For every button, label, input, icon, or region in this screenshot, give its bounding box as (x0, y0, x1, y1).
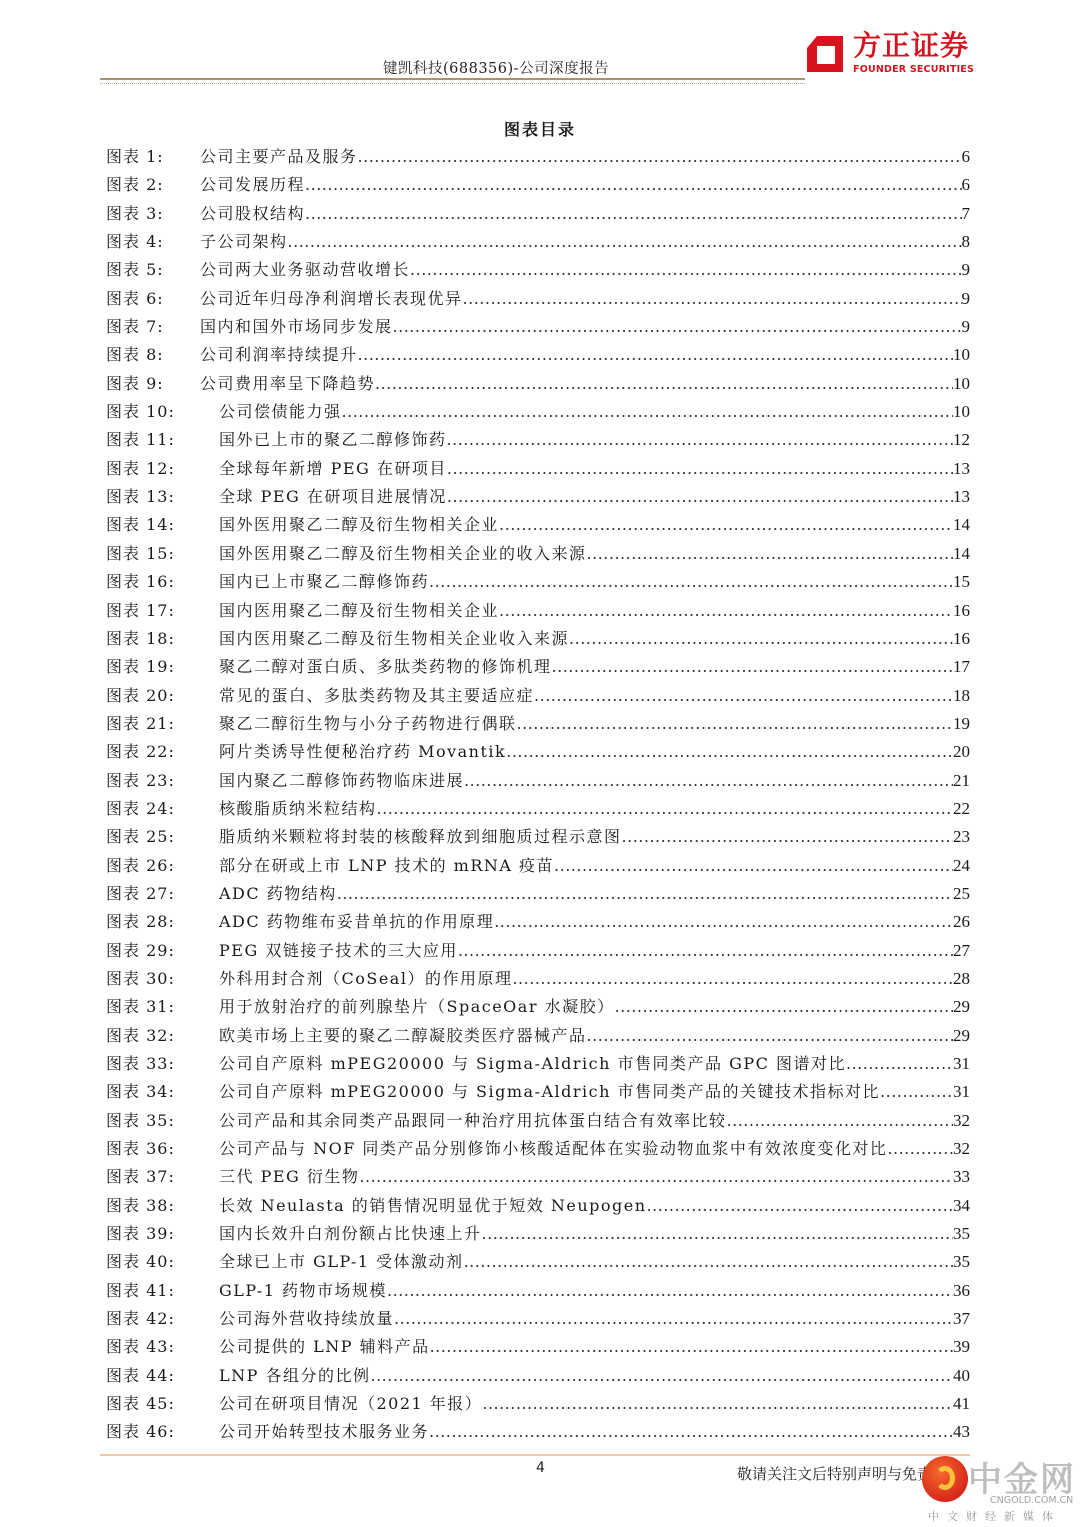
toc-page-number: 39 (953, 1333, 970, 1361)
toc-figure-title: 公司主要产品及服务 (200, 143, 358, 171)
toc-entry-link[interactable]: 国内已上市聚乙二醇修饰药15 (219, 568, 970, 596)
toc-entry-link[interactable]: 国内长效升白剂份额占比快速上升35 (219, 1220, 970, 1248)
toc-dot-leader (499, 597, 953, 625)
toc-entry-link[interactable]: ADC 药物维布妥昔单抗的作用原理26 (219, 908, 970, 936)
toc-entry-row[interactable]: 图表 6:公司近年归母净利润增长表现优异9 (106, 285, 970, 313)
toc-figure-label: 图表 20: (106, 682, 175, 710)
toc-entry-row[interactable]: 图表 32:欧美市场上主要的聚乙二醇凝胶类医疗器械产品29 (106, 1022, 970, 1050)
toc-dot-leader (494, 908, 953, 936)
toc-dot-leader (288, 228, 962, 256)
watermark-name: 中金网 (968, 1452, 1076, 1501)
toc-dot-leader (429, 1418, 953, 1446)
toc-dot-leader (375, 370, 953, 398)
toc-dot-leader (447, 426, 953, 454)
toc-title: 图表目录 (0, 117, 1080, 140)
toc-dot-leader (887, 1135, 953, 1163)
toc-figure-title: 公司自产原料 mPEG20000 与 Sigma-Aldrich 市售同类产品的… (219, 1078, 880, 1106)
toc-entry-link[interactable]: 长效 Neulasta 的销售情况明显优于短效 Neupogen34 (219, 1192, 970, 1220)
toc-entry-link[interactable]: 国内聚乙二醇修饰药物临床进展21 (219, 767, 970, 795)
toc-entry-row[interactable]: 图表 27:ADC 药物结构25 (106, 880, 970, 908)
toc-page-number: 37 (953, 1305, 970, 1333)
toc-figure-title: 公司两大业务驱动营收增长 (200, 256, 410, 284)
toc-entry-link[interactable]: 全球已上市 GLP-1 受体激动剂35 (219, 1248, 970, 1276)
toc-page-number: 17 (953, 653, 970, 681)
toc-entry-row[interactable]: 图表 34:公司自产原料 mPEG20000 与 Sigma-Aldrich 市… (106, 1078, 970, 1106)
toc-dot-leader (458, 937, 953, 965)
toc-page-number: 6 (962, 143, 971, 171)
toc-entry-row[interactable]: 图表 21:聚乙二醇衍生物与小分子药物进行偶联19 (106, 710, 970, 738)
toc-dot-leader (499, 511, 953, 539)
toc-figure-label: 图表 19: (106, 653, 175, 681)
toc-entry-link[interactable]: 公司股权结构7 (200, 200, 970, 228)
toc-figure-label: 图表 45: (106, 1390, 175, 1418)
report-header-title: 键凯科技(688356)-公司深度报告 (383, 57, 609, 78)
toc-entry-row[interactable]: 图表 42:公司海外营收持续放量37 (106, 1305, 970, 1333)
toc-page-number: 35 (953, 1220, 970, 1248)
toc-entry-row[interactable]: 图表 4:子公司架构8 (106, 228, 970, 256)
toc-dot-leader (358, 143, 962, 171)
toc-figure-title: 脂质纳米颗粒将封装的核酸释放到细胞质过程示意图 (219, 823, 622, 851)
toc-figure-title: 外科用封合剂（CoSeal）的作用原理 (219, 965, 512, 993)
toc-dot-leader (359, 1163, 953, 1191)
toc-figure-title: 国外医用聚乙二醇及衍生物相关企业 (219, 511, 499, 539)
toc-dot-leader (482, 1220, 953, 1248)
toc-figure-label: 图表 39: (106, 1220, 175, 1248)
toc-dot-leader (358, 341, 953, 369)
toc-figure-label: 图表 29: (106, 937, 175, 965)
toc-entry-link[interactable]: 公司开始转型技术服务业务43 (219, 1418, 970, 1446)
toc-page-number: 27 (953, 937, 970, 965)
toc-page-number: 31 (953, 1050, 970, 1078)
toc-dot-leader (429, 568, 953, 596)
toc-figure-label: 图表 10: (106, 398, 175, 426)
toc-entry-link[interactable]: 公司偿债能力强10 (219, 398, 970, 426)
toc-entry-row[interactable]: 图表 37:三代 PEG 衍生物33 (106, 1163, 970, 1191)
toc-page-number: 29 (953, 993, 970, 1021)
toc-entry-row[interactable]: 图表 36:公司产品与 NOF 同类产品分别修饰小核酸适配体在实验动物血浆中有效… (106, 1135, 970, 1163)
toc-page-number: 24 (953, 852, 970, 880)
toc-entry-row[interactable]: 图表 3:公司股权结构7 (106, 200, 970, 228)
toc-figure-label: 图表 34: (106, 1078, 175, 1106)
toc-entry-link[interactable]: 公司费用率呈下降趋势10 (200, 370, 970, 398)
toc-entry-link[interactable]: 全球每年新增 PEG 在研项目13 (219, 455, 970, 483)
toc-figure-label: 图表 5: (106, 256, 164, 284)
toc-figure-title: 全球已上市 GLP-1 受体激动剂 (219, 1248, 464, 1276)
toc-entry-row[interactable]: 图表 24:核酸脂质纳米粒结构22 (106, 795, 970, 823)
toc-dot-leader (615, 993, 953, 1021)
toc-figure-label: 图表 28: (106, 908, 175, 936)
toc-dot-leader (846, 1050, 953, 1078)
toc-dot-leader (512, 965, 953, 993)
toc-figure-title: 子公司架构 (200, 228, 288, 256)
toc-entry-row[interactable]: 图表 11:国外已上市的聚乙二醇修饰药12 (106, 426, 970, 454)
toc-entry-row[interactable]: 图表 13:全球 PEG 在研项目进展情况13 (106, 483, 970, 511)
toc-figure-title: 公司股权结构 (200, 200, 305, 228)
toc-entry-row[interactable]: 图表 15:国外医用聚乙二醇及衍生物相关企业的收入来源14 (106, 540, 970, 568)
toc-page-number: 14 (953, 511, 970, 539)
toc-entry-row[interactable]: 图表 43:公司提供的 LNP 辅料产品39 (106, 1333, 970, 1361)
toc-figure-label: 图表 43: (106, 1333, 175, 1361)
toc-page-number: 32 (953, 1135, 970, 1163)
toc-entry-link[interactable]: 聚乙二醇衍生物与小分子药物进行偶联19 (219, 710, 970, 738)
toc-dot-leader (305, 200, 961, 228)
toc-entry-link[interactable]: LNP 各组分的比例40 (219, 1362, 970, 1390)
toc-figure-label: 图表 11: (106, 426, 175, 454)
footer-divider (100, 1454, 970, 1456)
toc-entry-link[interactable]: 公司提供的 LNP 辅料产品39 (219, 1333, 970, 1361)
toc-figure-title: 欧美市场上主要的聚乙二醇凝胶类医疗器械产品 (219, 1022, 587, 1050)
toc-entry-row[interactable]: 图表 25:脂质纳米颗粒将封装的核酸释放到细胞质过程示意图23 (106, 823, 970, 851)
toc-figure-title: 核酸脂质纳米粒结构 (219, 795, 377, 823)
toc-dot-leader (447, 483, 953, 511)
toc-figure-label: 图表 9: (106, 370, 164, 398)
toc-entry-row[interactable]: 图表 17:国内医用聚乙二醇及衍生物相关企业16 (106, 597, 970, 625)
toc-page-number: 34 (953, 1192, 970, 1220)
toc-figure-title: 聚乙二醇衍生物与小分子药物进行偶联 (219, 710, 517, 738)
toc-entry-link[interactable]: 欧美市场上主要的聚乙二醇凝胶类医疗器械产品29 (219, 1022, 970, 1050)
toc-figure-label: 图表 33: (106, 1050, 175, 1078)
toc-figure-title: 全球每年新增 PEG 在研项目 (219, 455, 447, 483)
toc-figure-label: 图表 35: (106, 1107, 175, 1135)
toc-figure-title: 公司发展历程 (200, 171, 305, 199)
toc-figure-title: 国外已上市的聚乙二醇修饰药 (219, 426, 447, 454)
toc-entry-link[interactable]: 公司近年归母净利润增长表现优异9 (200, 285, 970, 313)
toc-figure-title: 公司开始转型技术服务业务 (219, 1418, 429, 1446)
toc-figure-title: 国内长效升白剂份额占比快速上升 (219, 1220, 482, 1248)
toc-figure-label: 图表 3: (106, 200, 164, 228)
toc-entry-link[interactable]: 外科用封合剂（CoSeal）的作用原理28 (219, 965, 970, 993)
toc-page-number: 28 (953, 965, 970, 993)
toc-page-number: 16 (953, 597, 970, 625)
toc-entry-row[interactable]: 图表 29:PEG 双链接子技术的三大应用27 (106, 937, 970, 965)
toc-dot-leader (463, 285, 962, 313)
toc-entry-row[interactable]: 图表 10:公司偿债能力强10 (106, 398, 970, 426)
toc-entry-row[interactable]: 图表 40:全球已上市 GLP-1 受体激动剂35 (106, 1248, 970, 1276)
toc-entry-row[interactable]: 图表 12:全球每年新增 PEG 在研项目13 (106, 455, 970, 483)
toc-entry-row[interactable]: 图表 9:公司费用率呈下降趋势10 (106, 370, 970, 398)
toc-entry-link[interactable]: 公司海外营收持续放量37 (219, 1305, 970, 1333)
toc-figure-label: 图表 16: (106, 568, 175, 596)
toc-page-number: 41 (953, 1390, 970, 1418)
toc-page-number: 18 (953, 682, 970, 710)
founder-securities-logo: 方正证券 FOUNDER SECURITIES (805, 30, 970, 78)
toc-figure-label: 图表 44: (106, 1362, 175, 1390)
toc-page-number: 43 (953, 1418, 970, 1446)
toc-dot-leader (394, 1305, 953, 1333)
figure-table-of-contents: 图表 1:公司主要产品及服务6图表 2:公司发展历程6图表 3:公司股权结构7图… (106, 143, 970, 1447)
toc-entry-link[interactable]: 核酸脂质纳米粒结构22 (219, 795, 970, 823)
toc-figure-title: 部分在研或上市 LNP 技术的 mRNA 疫苗 (219, 852, 554, 880)
toc-dot-leader (447, 455, 953, 483)
toc-figure-title: 国内已上市聚乙二醇修饰药 (219, 568, 429, 596)
toc-page-number: 32 (953, 1107, 970, 1135)
toc-figure-label: 图表 12: (106, 455, 175, 483)
toc-entry-link[interactable]: 国内和国外市场同步发展9 (200, 313, 970, 341)
toc-dot-leader (377, 795, 953, 823)
toc-entry-row[interactable]: 图表 41:GLP-1 药物市场规模36 (106, 1277, 970, 1305)
toc-figure-label: 图表 36: (106, 1135, 175, 1163)
page-number: 4 (536, 1460, 545, 1476)
toc-page-number: 15 (953, 568, 970, 596)
toc-page-number: 29 (953, 1022, 970, 1050)
toc-figure-label: 图表 37: (106, 1163, 175, 1191)
toc-entry-row[interactable]: 图表 16:国内已上市聚乙二醇修饰药15 (106, 568, 970, 596)
toc-page-number: 25 (953, 880, 970, 908)
toc-figure-title: 国内医用聚乙二醇及衍生物相关企业收入来源 (219, 625, 569, 653)
toc-dot-leader (647, 1192, 953, 1220)
toc-figure-title: ADC 药物结构 (219, 880, 337, 908)
toc-figure-label: 图表 38: (106, 1192, 175, 1220)
toc-entry-row[interactable]: 图表 18:国内医用聚乙二醇及衍生物相关企业收入来源16 (106, 625, 970, 653)
toc-entry-link[interactable]: 脂质纳米颗粒将封装的核酸释放到细胞质过程示意图23 (219, 823, 970, 851)
watermark-url: CNGOLD.COM.CN (990, 1495, 1073, 1506)
toc-dot-leader (305, 171, 961, 199)
toc-figure-title: 国内和国外市场同步发展 (200, 313, 393, 341)
toc-dot-leader (552, 653, 953, 681)
toc-entry-link[interactable]: 国外医用聚乙二醇及衍生物相关企业14 (219, 511, 970, 539)
toc-dot-leader (517, 710, 953, 738)
toc-entry-row[interactable]: 图表 44:LNP 各组分的比例40 (106, 1362, 970, 1390)
toc-page-number: 20 (953, 738, 970, 766)
toc-entry-link[interactable]: 公司主要产品及服务6 (200, 143, 970, 171)
toc-dot-leader (587, 1022, 953, 1050)
toc-figure-title: PEG 双链接子技术的三大应用 (219, 937, 458, 965)
toc-figure-label: 图表 17: (106, 597, 175, 625)
toc-entry-row[interactable]: 图表 2:公司发展历程6 (106, 171, 970, 199)
toc-figure-label: 图表 27: (106, 880, 175, 908)
toc-page-number: 9 (962, 256, 971, 284)
toc-entry-row[interactable]: 图表 28:ADC 药物维布妥昔单抗的作用原理26 (106, 908, 970, 936)
toc-figure-label: 图表 24: (106, 795, 175, 823)
toc-entry-row[interactable]: 图表 45:公司在研项目情况（2021 年报）41 (106, 1390, 970, 1418)
toc-page-number: 35 (953, 1248, 970, 1276)
toc-dot-leader (587, 540, 953, 568)
toc-dot-leader (464, 767, 953, 795)
toc-dot-leader (342, 398, 953, 426)
toc-page-number: 26 (953, 908, 970, 936)
toc-entry-row[interactable]: 图表 46:公司开始转型技术服务业务43 (106, 1418, 970, 1446)
toc-entry-row[interactable]: 图表 8:公司利润率持续提升10 (106, 341, 970, 369)
toc-figure-label: 图表 40: (106, 1248, 175, 1276)
toc-page-number: 9 (962, 313, 971, 341)
toc-entry-link[interactable]: 公司两大业务驱动营收增长9 (200, 256, 970, 284)
toc-figure-label: 图表 2: (106, 171, 164, 199)
toc-entry-row[interactable]: 图表 26:部分在研或上市 LNP 技术的 mRNA 疫苗24 (106, 852, 970, 880)
founder-logo-mark-icon (805, 34, 845, 74)
toc-figure-label: 图表 23: (106, 767, 175, 795)
toc-page-number: 10 (953, 370, 970, 398)
toc-page-number: 6 (962, 171, 971, 199)
toc-entry-link[interactable]: 子公司架构8 (200, 228, 970, 256)
toc-entry-link[interactable]: GLP-1 药物市场规模36 (219, 1277, 970, 1305)
toc-figure-title: 公司自产原料 mPEG20000 与 Sigma-Aldrich 市售同类产品 … (219, 1050, 846, 1078)
cngold-watermark: 中金网 CNGOLD.COM.CN 中文财经新媒体 (880, 1448, 1080, 1527)
toc-figure-title: GLP-1 药物市场规模 (219, 1277, 387, 1305)
toc-figure-title: 公司产品与 NOF 同类产品分别修饰小核酸适配体在实验动物血浆中有效浓度变化对比 (219, 1135, 887, 1163)
toc-figure-title: 常见的蛋白、多肽类药物及其主要适应症 (219, 682, 534, 710)
toc-entry-row[interactable]: 图表 20:常见的蛋白、多肽类药物及其主要适应症18 (106, 682, 970, 710)
toc-page-number: 33 (953, 1163, 970, 1191)
toc-figure-label: 图表 13: (106, 483, 175, 511)
toc-dot-leader (430, 1333, 953, 1361)
toc-figure-title: ADC 药物维布妥昔单抗的作用原理 (219, 908, 494, 936)
toc-figure-title: LNP 各组分的比例 (219, 1362, 370, 1390)
toc-entry-row[interactable]: 图表 19:聚乙二醇对蛋白质、多肽类药物的修饰机理17 (106, 653, 970, 681)
header-dotted-divider (100, 83, 805, 84)
toc-dot-leader (554, 852, 953, 880)
toc-figure-title: 公司产品和其余同类产品跟同一种治疗用抗体蛋白结合有效率比较 (219, 1107, 727, 1135)
toc-dot-leader (482, 1390, 953, 1418)
toc-page-number: 40 (953, 1362, 970, 1390)
toc-page-number: 7 (962, 200, 971, 228)
toc-entry-link[interactable]: 公司产品和其余同类产品跟同一种治疗用抗体蛋白结合有效率比较32 (219, 1107, 970, 1135)
toc-entry-link[interactable]: 公司产品与 NOF 同类产品分别修饰小核酸适配体在实验动物血浆中有效浓度变化对比… (219, 1135, 970, 1163)
toc-dot-leader (569, 625, 953, 653)
toc-figure-title: 国内聚乙二醇修饰药物临床进展 (219, 767, 464, 795)
toc-entry-link[interactable]: 三代 PEG 衍生物33 (219, 1163, 970, 1191)
toc-page-number: 31 (953, 1078, 970, 1106)
toc-figure-title: 公司在研项目情况（2021 年报） (219, 1390, 482, 1418)
toc-entry-row[interactable]: 图表 33:公司自产原料 mPEG20000 与 Sigma-Aldrich 市… (106, 1050, 970, 1078)
toc-entry-link[interactable]: PEG 双链接子技术的三大应用27 (219, 937, 970, 965)
toc-entry-link[interactable]: 公司在研项目情况（2021 年报）41 (219, 1390, 970, 1418)
toc-entry-link[interactable]: 公司自产原料 mPEG20000 与 Sigma-Aldrich 市售同类产品的… (219, 1078, 970, 1106)
toc-entry-link[interactable]: 全球 PEG 在研项目进展情况13 (219, 483, 970, 511)
toc-entry-row[interactable]: 图表 7:国内和国外市场同步发展9 (106, 313, 970, 341)
toc-figure-label: 图表 42: (106, 1305, 175, 1333)
toc-dot-leader (880, 1078, 953, 1106)
toc-dot-leader (337, 880, 953, 908)
toc-entry-row[interactable]: 图表 31:用于放射治疗的前列腺垫片（SpaceOar 水凝胶）29 (106, 993, 970, 1021)
toc-figure-label: 图表 21: (106, 710, 175, 738)
toc-figure-title: 三代 PEG 衍生物 (219, 1163, 359, 1191)
toc-entry-link[interactable]: ADC 药物结构25 (219, 880, 970, 908)
toc-dot-leader (464, 1248, 953, 1276)
toc-figure-label: 图表 7: (106, 313, 164, 341)
toc-figure-title: 全球 PEG 在研项目进展情况 (219, 483, 447, 511)
toc-entry-link[interactable]: 常见的蛋白、多肽类药物及其主要适应症18 (219, 682, 970, 710)
toc-entry-link[interactable]: 用于放射治疗的前列腺垫片（SpaceOar 水凝胶）29 (219, 993, 970, 1021)
toc-entry-row[interactable]: 图表 23:国内聚乙二醇修饰药物临床进展21 (106, 767, 970, 795)
toc-figure-title: 公司费用率呈下降趋势 (200, 370, 375, 398)
toc-entry-row[interactable]: 图表 30:外科用封合剂（CoSeal）的作用原理28 (106, 965, 970, 993)
toc-page-number: 9 (962, 285, 971, 313)
logo-name-cn: 方正证券 (853, 30, 969, 62)
toc-dot-leader (727, 1107, 953, 1135)
toc-page-number: 10 (953, 341, 970, 369)
toc-page-number: 22 (953, 795, 970, 823)
toc-figure-label: 图表 26: (106, 852, 175, 880)
toc-dot-leader (534, 682, 953, 710)
toc-page-number: 23 (953, 823, 970, 851)
toc-figure-label: 图表 22: (106, 738, 175, 766)
toc-figure-title: 公司近年归母净利润增长表现优异 (200, 285, 463, 313)
toc-dot-leader (622, 823, 953, 851)
toc-page-number: 14 (953, 540, 970, 568)
toc-figure-label: 图表 41: (106, 1277, 175, 1305)
toc-entry-link[interactable]: 部分在研或上市 LNP 技术的 mRNA 疫苗24 (219, 852, 970, 880)
watermark-slogan: 中文财经新媒体 (928, 1508, 1061, 1524)
toc-page-number: 21 (953, 767, 970, 795)
toc-figure-title: 公司海外营收持续放量 (219, 1305, 394, 1333)
toc-figure-title: 国内医用聚乙二醇及衍生物相关企业 (219, 597, 499, 625)
toc-figure-label: 图表 14: (106, 511, 175, 539)
toc-figure-label: 图表 31: (106, 993, 175, 1021)
toc-page-number: 19 (953, 710, 970, 738)
toc-page-number: 8 (962, 228, 971, 256)
toc-figure-label: 图表 4: (106, 228, 164, 256)
toc-figure-label: 图表 46: (106, 1418, 175, 1446)
toc-entry-row[interactable]: 图表 35:公司产品和其余同类产品跟同一种治疗用抗体蛋白结合有效率比较32 (106, 1107, 970, 1135)
toc-dot-leader (506, 738, 953, 766)
toc-page-number: 12 (953, 426, 970, 454)
toc-figure-label: 图表 25: (106, 823, 175, 851)
toc-dot-leader (393, 313, 962, 341)
toc-entry-link[interactable]: 聚乙二醇对蛋白质、多肽类药物的修饰机理17 (219, 653, 970, 681)
toc-entry-link[interactable]: 公司自产原料 mPEG20000 与 Sigma-Aldrich 市售同类产品 … (219, 1050, 970, 1078)
toc-figure-label: 图表 1: (106, 143, 164, 171)
header-divider (100, 78, 805, 80)
cngold-swirl-icon (935, 1466, 955, 1490)
toc-entry-row[interactable]: 图表 5:公司两大业务驱动营收增长9 (106, 256, 970, 284)
toc-dot-leader (370, 1362, 953, 1390)
toc-entry-row[interactable]: 图表 1:公司主要产品及服务6 (106, 143, 970, 171)
toc-entry-link[interactable]: 国外已上市的聚乙二醇修饰药12 (219, 426, 970, 454)
toc-figure-label: 图表 18: (106, 625, 175, 653)
toc-entry-link[interactable]: 阿片类诱导性便秘治疗药 Movantik20 (219, 738, 970, 766)
logo-name-en: FOUNDER SECURITIES (853, 64, 974, 75)
toc-figure-title: 公司提供的 LNP 辅料产品 (219, 1333, 430, 1361)
toc-page-number: 13 (953, 483, 970, 511)
toc-figure-title: 长效 Neulasta 的销售情况明显优于短效 Neupogen (219, 1192, 647, 1220)
toc-figure-label: 图表 32: (106, 1022, 175, 1050)
toc-dot-leader (387, 1277, 953, 1305)
toc-entry-link[interactable]: 国内医用聚乙二醇及衍生物相关企业收入来源16 (219, 625, 970, 653)
toc-figure-label: 图表 15: (106, 540, 175, 568)
toc-entry-row[interactable]: 图表 14:国外医用聚乙二醇及衍生物相关企业14 (106, 511, 970, 539)
toc-page-number: 16 (953, 625, 970, 653)
toc-page-number: 13 (953, 455, 970, 483)
toc-figure-title: 公司偿债能力强 (219, 398, 342, 426)
toc-figure-title: 聚乙二醇对蛋白质、多肽类药物的修饰机理 (219, 653, 552, 681)
toc-figure-title: 公司利润率持续提升 (200, 341, 358, 369)
toc-figure-label: 图表 30: (106, 965, 175, 993)
toc-entry-row[interactable]: 图表 39:国内长效升白剂份额占比快速上升35 (106, 1220, 970, 1248)
toc-figure-label: 图表 8: (106, 341, 164, 369)
toc-figure-title: 用于放射治疗的前列腺垫片（SpaceOar 水凝胶） (219, 993, 615, 1021)
toc-page-number: 36 (953, 1277, 970, 1305)
toc-figure-title: 国外医用聚乙二醇及衍生物相关企业的收入来源 (219, 540, 587, 568)
toc-figure-title: 阿片类诱导性便秘治疗药 Movantik (219, 738, 506, 766)
toc-page-number: 10 (953, 398, 970, 426)
toc-entry-link[interactable]: 国外医用聚乙二醇及衍生物相关企业的收入来源14 (219, 540, 970, 568)
toc-entry-row[interactable]: 图表 38:长效 Neulasta 的销售情况明显优于短效 Neupogen34 (106, 1192, 970, 1220)
toc-entry-link[interactable]: 公司利润率持续提升10 (200, 341, 970, 369)
toc-figure-label: 图表 6: (106, 285, 164, 313)
toc-dot-leader (410, 256, 961, 284)
toc-entry-link[interactable]: 国内医用聚乙二醇及衍生物相关企业16 (219, 597, 970, 625)
toc-entry-link[interactable]: 公司发展历程6 (200, 171, 970, 199)
toc-entry-row[interactable]: 图表 22:阿片类诱导性便秘治疗药 Movantik20 (106, 738, 970, 766)
